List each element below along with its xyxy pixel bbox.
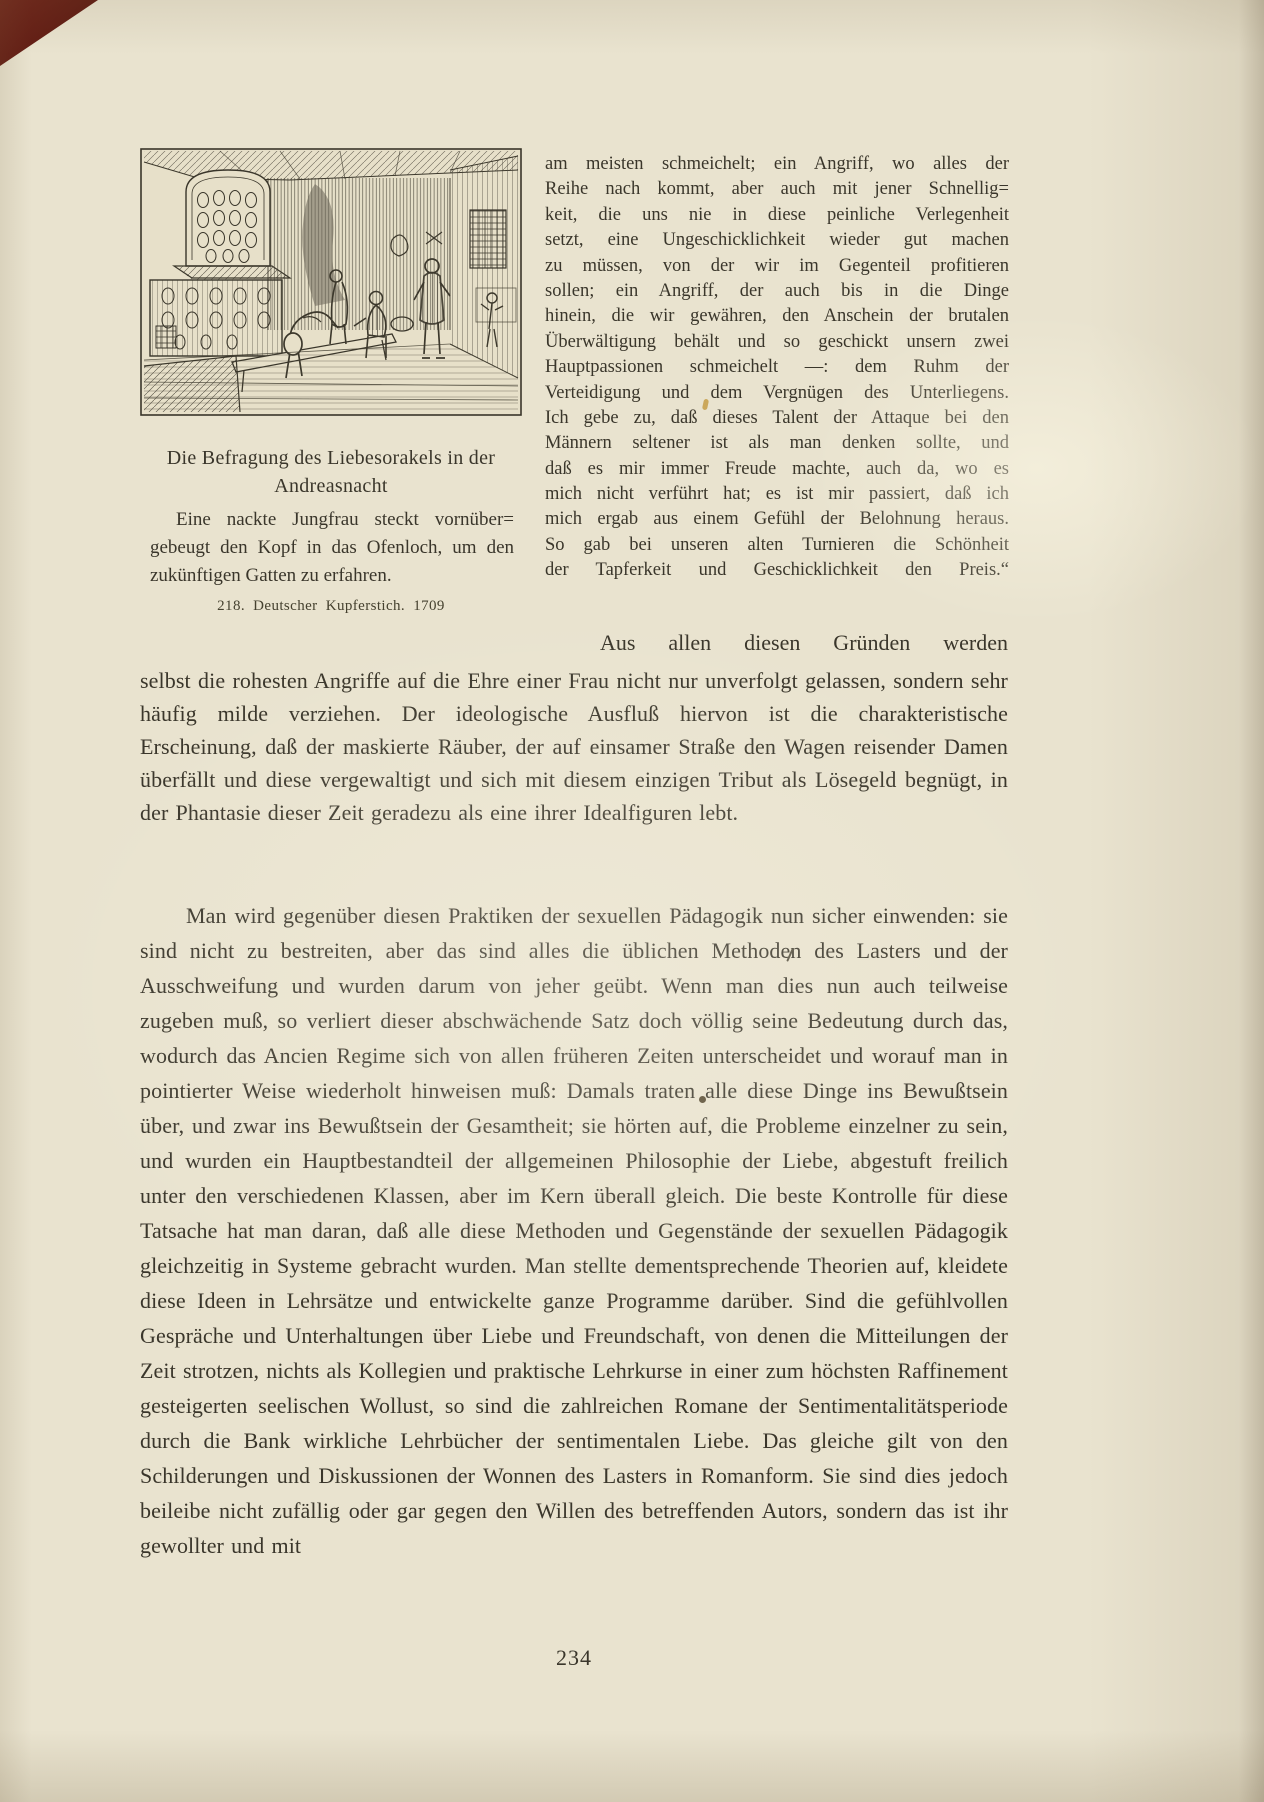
caption-body-line-1: Eine nackte Jungfrau steckt vornüber= [150,506,514,534]
column-line: am meisten schmeichelt; ein Angriff, wo … [545,152,1009,177]
page-number: 234 [140,1645,1008,1671]
caption-title-line-2: Andreasnacht [140,472,522,500]
column-line: der Tapferkeit und Geschicklichkeit den … [545,558,1009,583]
column-line: Reihe nach kommt, aber auch mit jener Sc… [545,177,1009,202]
column-line: mich nicht verführt hat; es ist mir pass… [545,482,1009,507]
figure-caption-body: Eine nackte Jungfrau steckt vornüber= ge… [150,506,514,590]
binding-corner [0,0,98,66]
column-line: Hauptpassionen schmeichelt —: dem Ruhm d… [545,355,1009,380]
column-line: Ich gebe zu, daß dieses Talent der Attaq… [545,406,1009,431]
column-line: keit, die uns nie in diese peinliche Ver… [545,203,1009,228]
column-line: mich ergab aus einem Gefühl der Belohnun… [545,507,1009,532]
caption-body-line-3: zukünftigen Gatten zu erfahren. [150,562,514,590]
right-text-column: am meisten schmeichelt; ein Angriff, wo … [545,152,1009,584]
column-line: sollen; ein Angriff, der auch bis in die… [545,279,1009,304]
figure-caption-credit: 218. Deutscher Kupferstich. 1709 [140,598,522,615]
paragraph-1: selbst die rohesten Angriffe auf die Ehr… [140,664,1008,829]
column-line: hinein, die wir gewähren, den Anschein d… [545,304,1009,329]
book-page: Die Befragung des Liebesorakels in der A… [0,0,1264,1802]
paragraph-1-lead: Aus allen diesen Gründen werden [600,630,1008,656]
column-line: Überwältigung behält und so geschickt un… [545,330,1009,355]
column-line: Männern seltener ist als man denken soll… [545,431,1009,456]
column-line: So gab bei unseren alten Turnieren die S… [545,533,1009,558]
column-line: daß es mir immer Freude machte, auch da,… [545,457,1009,482]
caption-title-line-1: Die Befragung des Liebesorakels in der [140,444,522,472]
paragraph-2: Man wird gegenüber diesen Praktiken der … [140,898,1008,1563]
column-line: Verteidigung und dem Vergnügen des Unter… [545,381,1009,406]
column-line: zu müssen, von der wir im Gegenteil prof… [545,254,1009,279]
caption-body-line-2: gebeugt den Kopf in das Ofenloch, um den [150,534,514,562]
column-line: setzt, eine Ungeschicklichkeit wieder gu… [545,228,1009,253]
figure-caption-title: Die Befragung des Liebesorakels in der A… [140,444,522,500]
engraving-illustration [140,148,522,416]
